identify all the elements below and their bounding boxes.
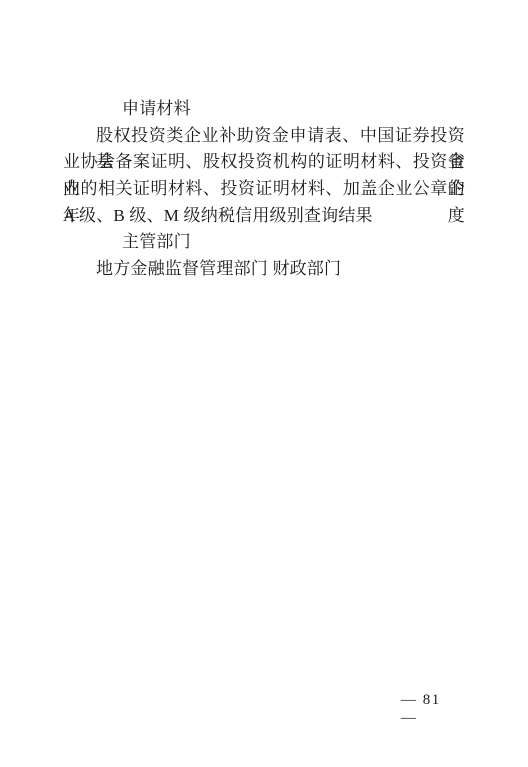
paragraph-line: 业的相关证明材料、投资证明材料、加盖企业公章的年度 (63, 176, 465, 203)
paragraph-line: 地方金融监督管理部门 财政部门 (63, 256, 465, 283)
section-heading-application-materials: 申请材料 (63, 96, 465, 123)
section-heading-competent-departments: 主管部门 (63, 229, 465, 256)
page-number: — 81 — (401, 691, 461, 709)
paragraph-line: 业协会备案证明、股权投资机构的证明材料、投资省内企 (63, 149, 465, 176)
document-page: 申请材料 股权投资类企业补助资金申请表、中国证券投资基金 业协会备案证明、股权投… (0, 0, 528, 767)
paragraph-line: 股权投资类企业补助资金申请表、中国证券投资基金 (63, 123, 465, 150)
document-body: 申请材料 股权投资类企业补助资金申请表、中国证券投资基金 业协会备案证明、股权投… (63, 96, 465, 283)
